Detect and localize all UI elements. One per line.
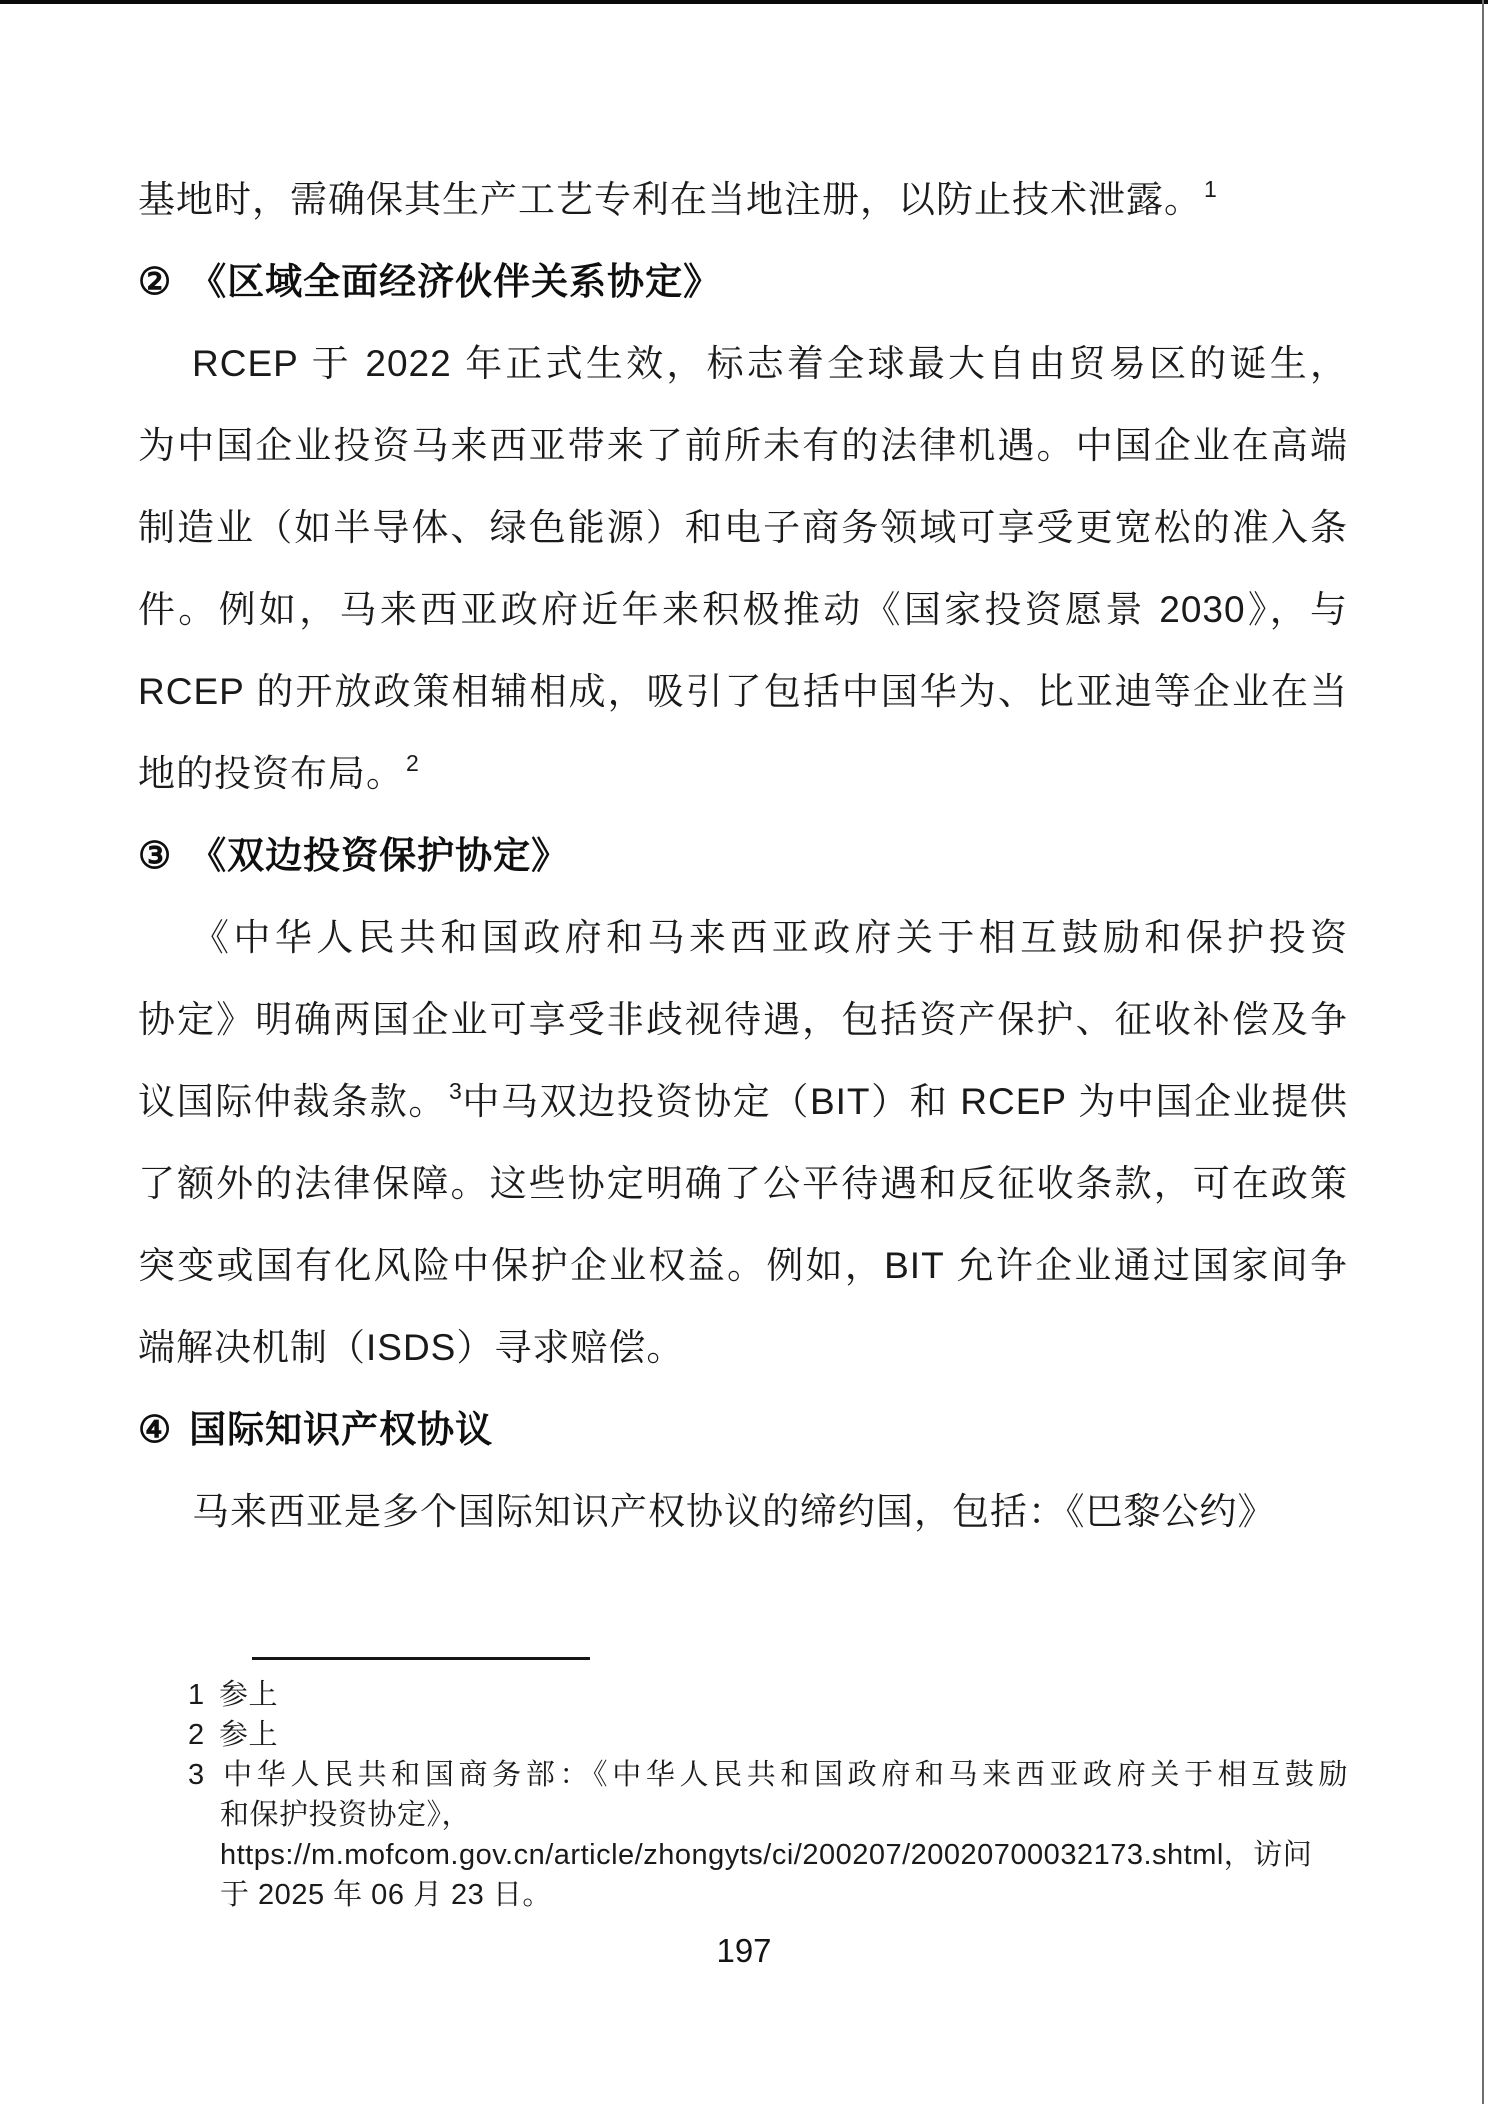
footnote-text: https://m.mofcom.gov.cn/article/zhongyts…: [220, 1839, 1312, 1871]
footnote-separator: [252, 1657, 590, 1660]
heading-marker: ④: [138, 1409, 172, 1450]
footnote-text: 和保护投资协定》，: [220, 1799, 471, 1831]
text-run: 突变或国有化风险中保护企业权益。例如，BIT 允许企业通过国家间争: [138, 1245, 1348, 1286]
page-number: 197: [0, 1930, 1488, 1972]
text-line: 端解决机制（ISDS）寻求赔偿。: [138, 1307, 1348, 1389]
footnote-line: 和保护投资协定》，: [188, 1795, 1348, 1835]
footnote-text: 参上: [219, 1679, 278, 1711]
text-run: 了额外的法律保障。这些协定明确了公平待遇和反征收条款，可在政策: [138, 1163, 1348, 1204]
text-run: 基地时，需确保其生产工艺专利在当地注册，以防止技术泄露。: [138, 179, 1202, 220]
text-line: RCEP 的开放政策相辅相成，吸引了包括中国华为、比亚迪等企业在当: [138, 651, 1348, 733]
footnote-line: 2参上: [188, 1715, 1348, 1755]
text-line: 突变或国有化风险中保护企业权益。例如，BIT 允许企业通过国家间争: [138, 1225, 1348, 1307]
text-line: 为中国企业投资马来西亚带来了前所未有的法律机遇。中国企业在高端: [138, 405, 1348, 487]
text-run: 马来西亚是多个国际知识产权协议的缔约国，包括：《巴黎公约》: [192, 1491, 1276, 1532]
footnote-text: 中华人民共和国商务部：《中华人民共和国政府和马来西亚政府关于相互鼓励: [219, 1759, 1348, 1791]
text-run: RCEP 的开放政策相辅相成，吸引了包括中国华为、比亚迪等企业在当: [138, 671, 1348, 712]
text-line: 了额外的法律保障。这些协定明确了公平待遇和反征收条款，可在政策: [138, 1143, 1348, 1225]
text-run: 中马双边投资协定（BIT）和 RCEP 为中国企业提供: [462, 1081, 1348, 1122]
text-run: 件。例如，马来西亚政府近年来积极推动《国家投资愿景 2030》，与: [138, 589, 1348, 630]
heading-title: 《区域全面经济伙伴关系协定》: [189, 261, 721, 302]
text-line: RCEP 于 2022 年正式生效，标志着全球最大自由贸易区的诞生，: [138, 323, 1348, 405]
footnote-text: 于 2025 年 06 月 23 日。: [220, 1879, 552, 1911]
text-run: 协定》明确两国企业可享受非歧视待遇，包括资产保护、征收补偿及争: [138, 999, 1348, 1040]
footnote-line: 于 2025 年 06 月 23 日。: [188, 1875, 1348, 1915]
text-line: 基地时，需确保其生产工艺专利在当地注册，以防止技术泄露。1: [138, 159, 1348, 241]
text-run: 地的投资布局。: [138, 753, 404, 794]
heading-title: 国际知识产权协议: [189, 1409, 493, 1450]
footnote-ref: 3: [449, 1078, 462, 1104]
footnote-ref: 2: [406, 750, 419, 776]
footnote-text: 参上: [219, 1719, 278, 1751]
text-line: 地的投资布局。2: [138, 733, 1348, 815]
text-line: 制造业（如半导体、绿色能源）和电子商务领域可享受更宽松的准入条: [138, 487, 1348, 569]
body-text: 基地时，需确保其生产工艺专利在当地注册，以防止技术泄露。1②《区域全面经济伙伴关…: [138, 159, 1348, 1553]
footnote-number: 3: [188, 1755, 206, 1795]
section-heading: ②《区域全面经济伙伴关系协定》: [138, 241, 1348, 323]
text-line: 件。例如，马来西亚政府近年来积极推动《国家投资愿景 2030》，与: [138, 569, 1348, 651]
scan-edge-right: [1482, 0, 1484, 2104]
footnote-number: 2: [188, 1715, 206, 1755]
text-run: 为中国企业投资马来西亚带来了前所未有的法律机遇。中国企业在高端: [138, 425, 1348, 466]
text-run: RCEP 于 2022 年正式生效，标志着全球最大自由贸易区的诞生，: [192, 343, 1348, 384]
text-line: 《中华人民共和国政府和马来西亚政府关于相互鼓励和保护投资: [138, 897, 1348, 979]
footnote-line: 1参上: [188, 1675, 1348, 1715]
text-run: 制造业（如半导体、绿色能源）和电子商务领域可享受更宽松的准入条: [138, 507, 1348, 548]
text-run: 议国际仲裁条款。: [138, 1081, 447, 1122]
heading-marker: ③: [138, 835, 172, 876]
text-run: 《中华人民共和国政府和马来西亚政府关于相互鼓励和保护投资: [192, 917, 1348, 958]
footnote-ref: 1: [1204, 176, 1217, 202]
scan-edge-top: [0, 0, 1488, 4]
text-line: 协定》明确两国企业可享受非歧视待遇，包括资产保护、征收补偿及争: [138, 979, 1348, 1061]
footnote-line: https://m.mofcom.gov.cn/article/zhongyts…: [188, 1835, 1348, 1875]
document-page: 基地时，需确保其生产工艺专利在当地注册，以防止技术泄露。1②《区域全面经济伙伴关…: [0, 0, 1488, 2104]
text-run: 端解决机制（ISDS）寻求赔偿。: [138, 1327, 684, 1368]
text-line: 议国际仲裁条款。3中马双边投资协定（BIT）和 RCEP 为中国企业提供: [138, 1061, 1348, 1143]
section-heading: ④国际知识产权协议: [138, 1389, 1348, 1471]
heading-title: 《双边投资保护协定》: [189, 835, 569, 876]
footnotes: 1参上2参上3中华人民共和国商务部：《中华人民共和国政府和马来西亚政府关于相互鼓…: [188, 1675, 1348, 1915]
heading-marker: ②: [138, 261, 172, 302]
text-line: 马来西亚是多个国际知识产权协议的缔约国，包括：《巴黎公约》: [138, 1471, 1348, 1553]
footnote-number: 1: [188, 1675, 206, 1715]
section-heading: ③《双边投资保护协定》: [138, 815, 1348, 897]
footnote-line: 3中华人民共和国商务部：《中华人民共和国政府和马来西亚政府关于相互鼓励: [188, 1755, 1348, 1795]
